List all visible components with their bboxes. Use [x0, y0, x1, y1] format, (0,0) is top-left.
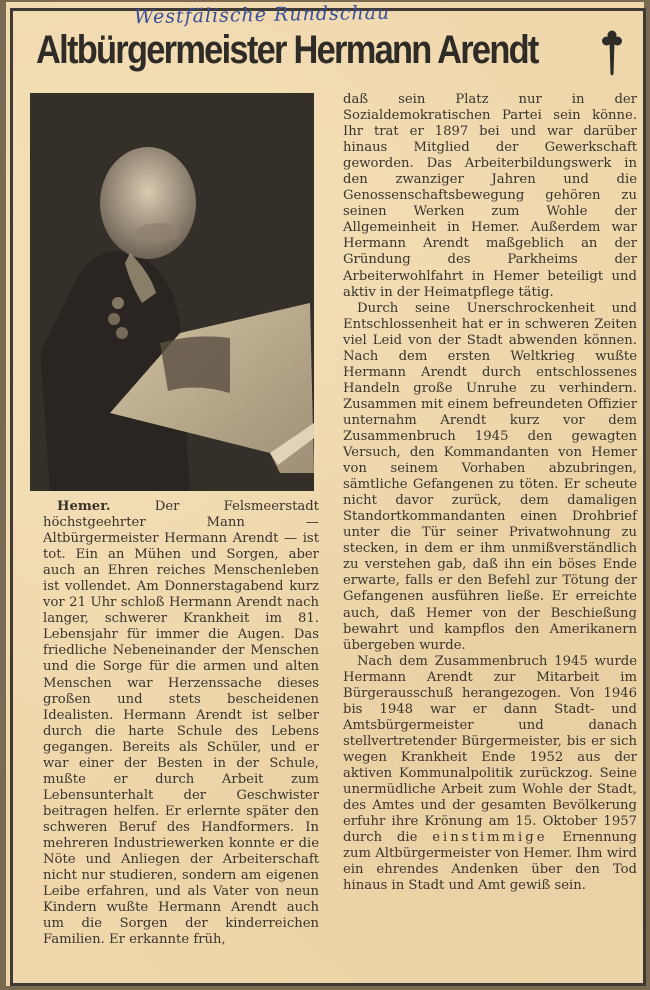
article-paragraph: Nach dem Zusammenbruch 1945 wurde Herman… [343, 654, 637, 895]
article-paragraph: daß sein Platz nur in der Sozialdemokrat… [343, 92, 637, 301]
emphasized-word: einstimmige [432, 830, 547, 845]
newspaper-clipping: Westfälische Rundschau Altbürgermeister … [6, 2, 644, 986]
portrait-photo [30, 93, 314, 491]
article-column-left: Hemer. Der Felsmeerstadt höchstgeehrter … [43, 499, 319, 948]
article-column-right: daß sein Platz nur in der Sozialdemokrat… [343, 92, 637, 894]
cross-icon [602, 30, 622, 78]
headline: Altbürgermeister Hermann Arendt [36, 28, 518, 72]
article-paragraph: Durch seine Unerschrockenheit und Entsch… [343, 301, 637, 654]
dateline: Hemer. [57, 499, 111, 514]
handwritten-source-note: Westfälische Rundschau [134, 2, 391, 28]
paragraph-text: Der Felsmeerstadt höchstgeehrter Mann — … [43, 499, 319, 947]
portrait-photo-image [30, 93, 314, 491]
paragraph-text: Nach dem Zusammenbruch 1945 wurde Herman… [343, 654, 637, 846]
article-paragraph: Hemer. Der Felsmeerstadt höchstgeehrter … [43, 499, 319, 948]
